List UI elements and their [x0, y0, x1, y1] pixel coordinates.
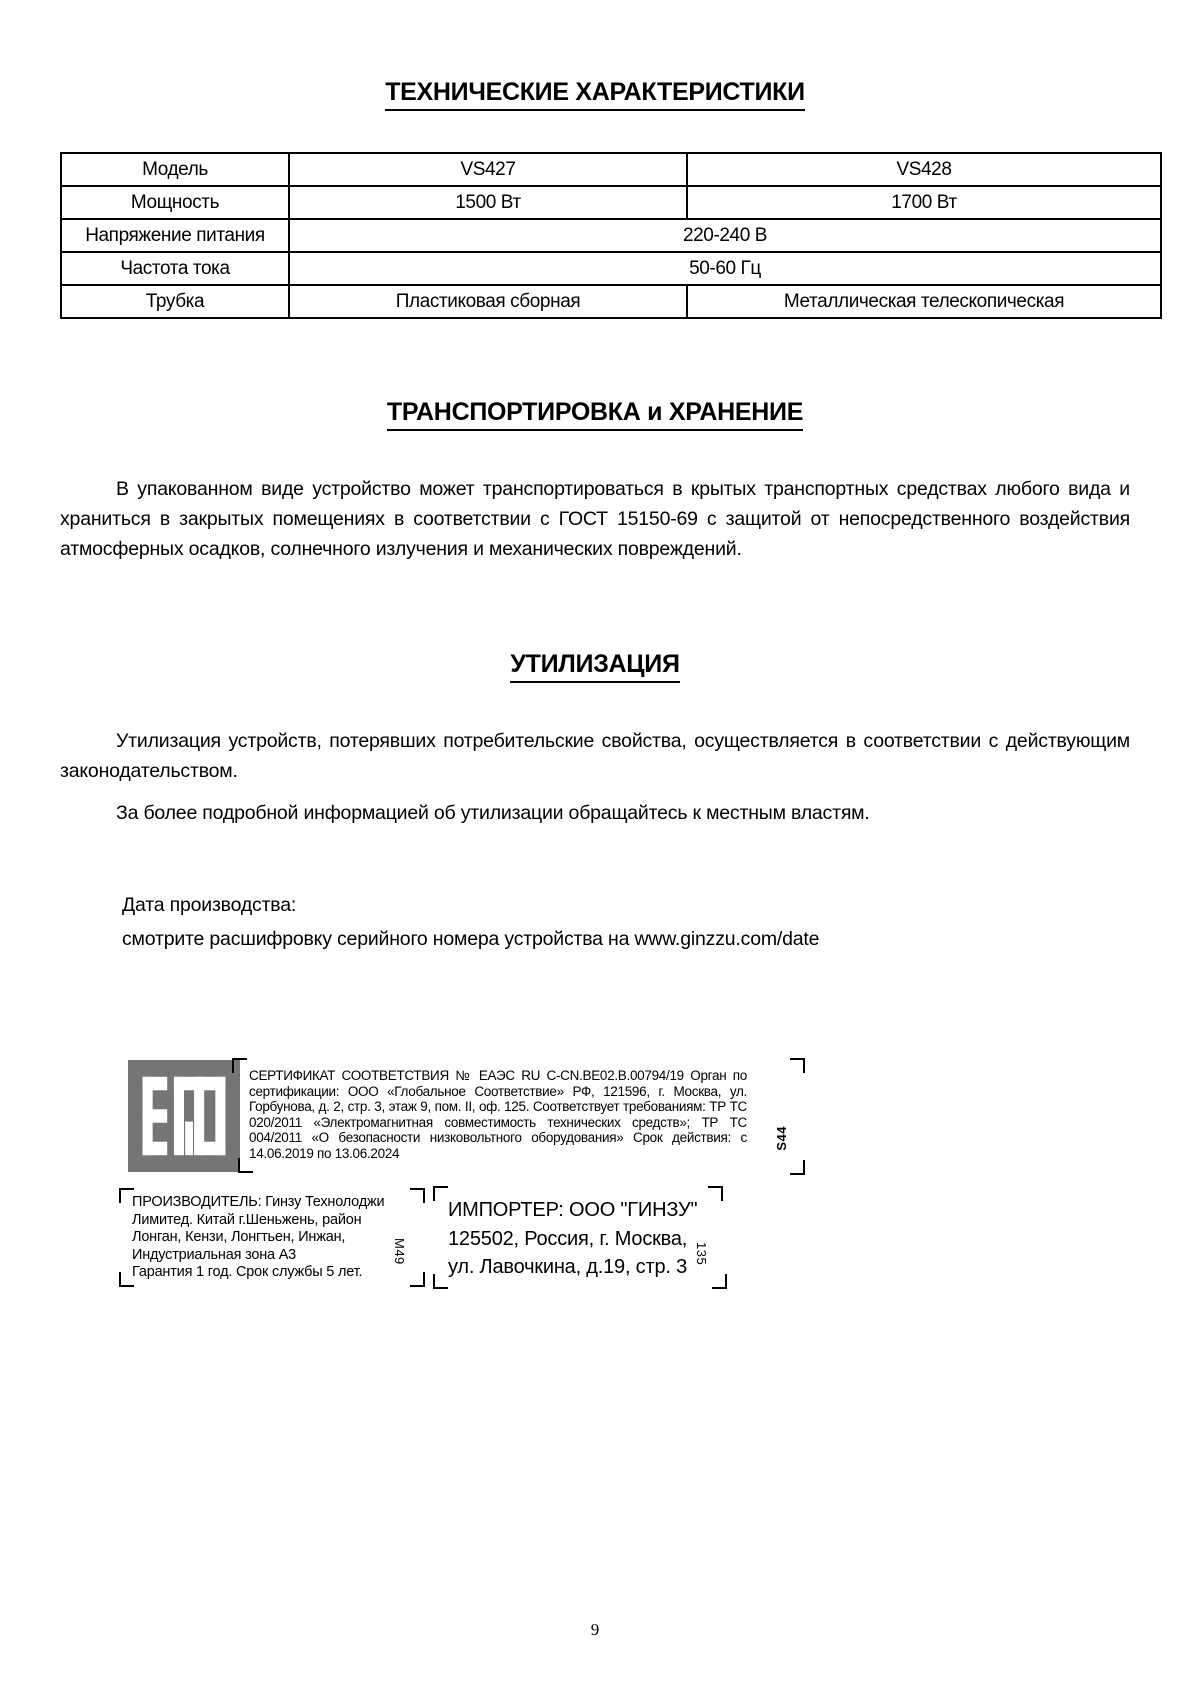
importer-stamp-code: 135 [694, 1242, 709, 1265]
specs-heading: ТЕХНИЧЕСКИЕ ХАРАКТЕРИСТИКИ [0, 78, 1190, 111]
manufacturer-stamp-code: М49 [392, 1238, 407, 1265]
manufacturer-text: ПРОИЗВОДИТЕЛЬ: Гинзу Технолоджи Лимитед.… [132, 1194, 422, 1282]
certificate-stamp-code: S44 [774, 1126, 789, 1151]
spec-value-vs427: 1500 Вт [289, 186, 687, 219]
cert-corner-mark-tl [232, 1058, 247, 1073]
eac-mark-icon [128, 1060, 240, 1172]
disposal-heading-text: УТИЛИЗАЦИЯ [510, 650, 679, 683]
spec-value-vs428: VS428 [687, 153, 1161, 186]
specs-heading-text: ТЕХНИЧЕСКИЕ ХАРАКТЕРИСТИКИ [385, 78, 805, 111]
disposal-paragraph-2: За более подробной информацией об утилиз… [60, 798, 1130, 828]
spec-label: Напряжение питания [61, 219, 289, 252]
eac-logo [128, 1060, 240, 1172]
spec-label: Модель [61, 153, 289, 186]
cert-corner-mark-br [790, 1160, 805, 1175]
transport-paragraph: В упакованном виде устройство может тран… [60, 474, 1130, 564]
importer-text: ИМПОРТЕР: ООО "ГИНЗУ" 125502, Россия, г.… [448, 1196, 723, 1282]
disposal-paragraph-1: Утилизация устройств, потерявших потреби… [60, 726, 1130, 786]
table-row: Трубка Пластиковая сборная Металлическая… [61, 285, 1161, 318]
certificate-text: СЕРТИФИКАТ СООТВЕТСТВИЯ № ЕАЭС RU C-CN.B… [249, 1068, 747, 1161]
transport-heading: ТРАНСПОРТИРОВКА и ХРАНЕНИЕ [0, 398, 1190, 431]
spec-value-shared: 50-60 Гц [289, 252, 1161, 285]
spec-value-vs427: VS427 [289, 153, 687, 186]
manual-page: ТЕХНИЧЕСКИЕ ХАРАКТЕРИСТИКИ Модель VS427 … [0, 0, 1190, 1682]
spec-label: Частота тока [61, 252, 289, 285]
page-number: 9 [0, 1620, 1190, 1640]
spec-value-vs428: 1700 Вт [687, 186, 1161, 219]
spec-label: Мощность [61, 186, 289, 219]
spec-value-vs427: Пластиковая сборная [289, 285, 687, 318]
spec-value-vs428: Металлическая телескопическая [687, 285, 1161, 318]
spec-value-shared: 220-240 В [289, 219, 1161, 252]
disposal-heading: УТИЛИЗАЦИЯ [0, 650, 1190, 683]
table-row: Частота тока 50-60 Гц [61, 252, 1161, 285]
table-row: Мощность 1500 Вт 1700 Вт [61, 186, 1161, 219]
importer-corner-mark-bl [433, 1274, 448, 1289]
importer-corner-mark-tl [433, 1186, 448, 1201]
table-row: Модель VS427 VS428 [61, 153, 1161, 186]
specs-table: Модель VS427 VS428 Мощность 1500 Вт 1700… [60, 152, 1162, 319]
production-date-text: Дата производства: смотрите расшифровку … [122, 888, 819, 956]
table-row: Напряжение питания 220-240 В [61, 219, 1161, 252]
spec-label: Трубка [61, 285, 289, 318]
cert-corner-mark-tr [790, 1058, 805, 1073]
transport-heading-text: ТРАНСПОРТИРОВКА и ХРАНЕНИЕ [387, 398, 803, 431]
